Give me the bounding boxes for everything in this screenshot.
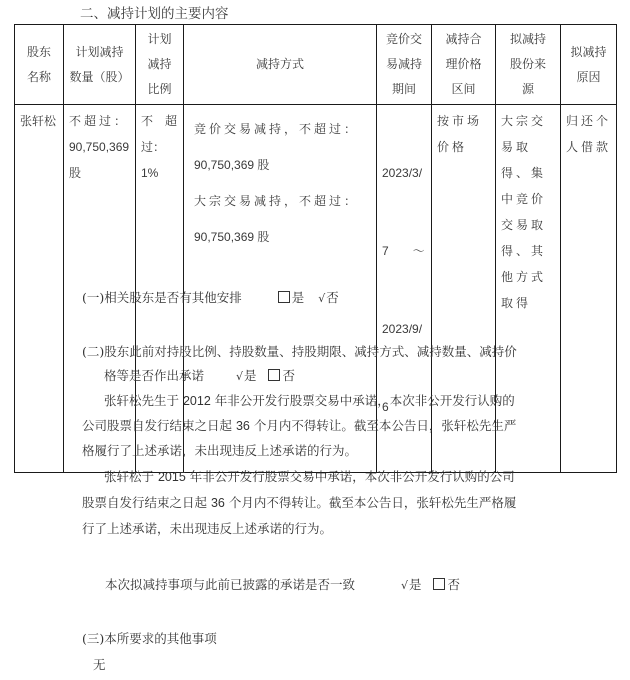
- header-planned-ratio: 计划减持比例: [136, 25, 184, 105]
- item-commitment: 格等是否作出承诺 √是 否: [104, 366, 295, 384]
- no-arrangement-no-checkbox[interactable]: √否: [318, 290, 339, 305]
- item-label: 格等是否作出承诺: [104, 368, 204, 383]
- commitment-no-checkbox[interactable]: 否: [268, 368, 295, 383]
- cell-reason: 归还个人借款: [561, 105, 617, 473]
- commitment-paragraph-2012-line2: 公司股票自发行结束之日起 36 个月内不得转让。截至本公告日，张轩松先生严: [82, 416, 516, 434]
- header-reason: 拟减持原因: [561, 25, 617, 105]
- unchecked-box-icon: [268, 369, 280, 381]
- no-arrangement-yes-checkbox[interactable]: 是: [278, 290, 305, 305]
- checkmark-icon: √: [318, 292, 325, 305]
- cell-shareholder: 张轩松: [15, 105, 64, 473]
- commitment-paragraph-2015-line2: 股票自发行结束之日起 36 个月内不得转让。截至本公告日，张轩松先生严格履: [82, 493, 516, 511]
- consistency-no-checkbox[interactable]: 否: [433, 577, 460, 592]
- consistency-yes-checkbox[interactable]: √是: [401, 577, 422, 592]
- commitment-paragraph-2012-line3: 格履行了上述承诺，未出现违反上述承诺的行为。: [82, 441, 357, 459]
- unchecked-box-icon: [278, 291, 290, 303]
- table-header-row: 股东名称 计划减持数量（股） 计划减持比例 减持方式 竞价交易减持期间 减持合理…: [15, 25, 617, 105]
- item-label: (一)相关股东是否有其他安排: [82, 290, 242, 305]
- item-consistency: 本次拟减持事项与此前已披露的承诺是否一致 √是 否: [105, 575, 460, 593]
- item-other-matters-label: (三)本所要求的其他事项: [82, 629, 217, 647]
- header-shareholder-name: 股东名称: [15, 25, 64, 105]
- section-title: 二、减持计划的主要内容: [80, 2, 229, 22]
- item-other-matters-value: 无: [93, 655, 106, 673]
- commitment-paragraph-2015-line1: 张轩松于 2015 年非公开发行股票交易中承诺，本次非公开发行认购的公司: [104, 467, 515, 485]
- header-method: 减持方式: [184, 25, 377, 105]
- header-share-source: 拟减持股份来源: [496, 25, 561, 105]
- commitment-paragraph-2012-line1: 张轩松先生于 2012 年非公开发行股票交易中承诺，本次非公开发行认购的: [104, 391, 515, 409]
- item-label: 本次拟减持事项与此前已披露的承诺是否一致: [105, 577, 355, 592]
- checkmark-icon: √: [401, 579, 408, 592]
- checkmark-icon: √: [236, 370, 243, 383]
- header-planned-quantity: 计划减持数量（股）: [64, 25, 136, 105]
- header-period: 竞价交易减持期间: [377, 25, 432, 105]
- item-other-arrangements: (一)相关股东是否有其他安排 是 √否: [82, 288, 339, 306]
- item-commitment-label-line1: (二)股东此前对持股比例、持股数量、持股期限、减持方式、减持数量、减持价: [82, 342, 517, 360]
- commitment-yes-checkbox[interactable]: √是: [236, 368, 257, 383]
- unchecked-box-icon: [433, 578, 445, 590]
- commitment-paragraph-2015-line3: 行了上述承诺，未出现违反上述承诺的行为。: [82, 519, 332, 537]
- header-price-range: 减持合理价格区间: [432, 25, 496, 105]
